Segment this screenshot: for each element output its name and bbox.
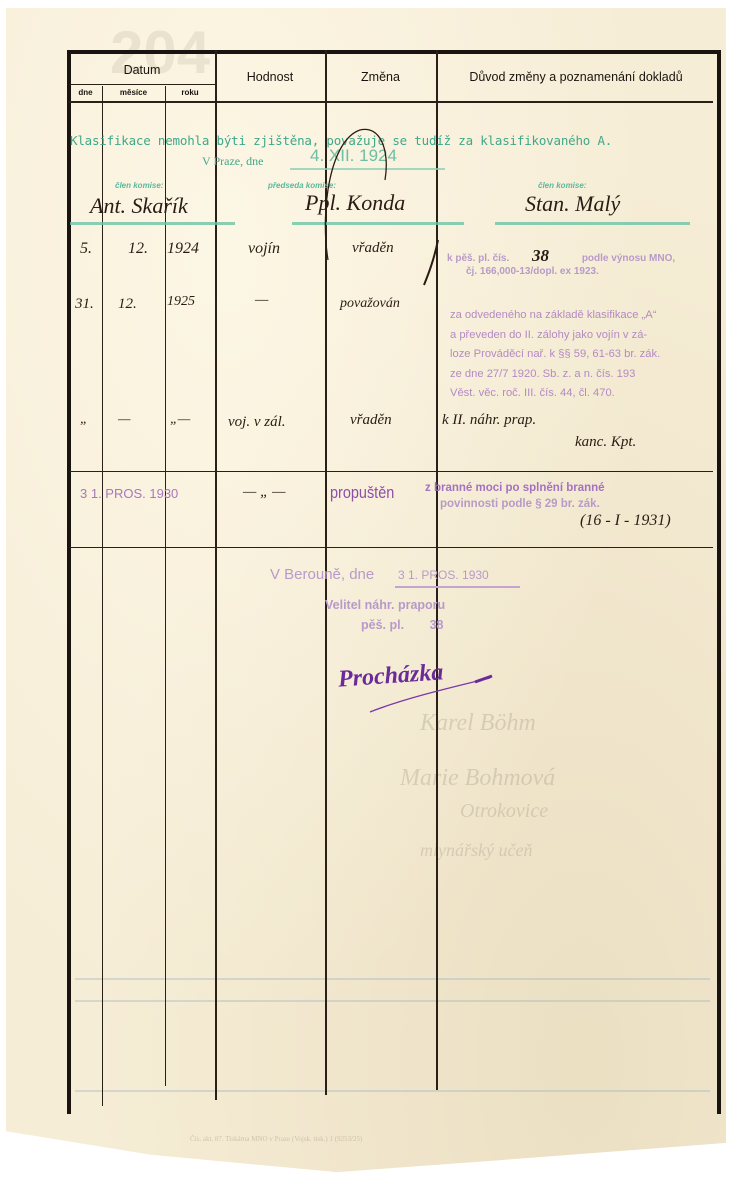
row2-stamp-line: ze dne 27/7 1920. Sb. z. a n. čís. 193 xyxy=(450,365,660,385)
row1-stamp-number: 38 xyxy=(532,246,549,265)
header-mesice: měsíce xyxy=(102,88,165,97)
row4-reason-note: (16 - I - 1931) xyxy=(580,512,671,530)
header-datum-divider xyxy=(69,84,215,85)
signature-member-2: Stan. Malý xyxy=(525,191,620,217)
row1-stamp-regiment: k pěš. pl. čís. xyxy=(447,253,509,264)
row2-rank: — xyxy=(255,292,268,309)
row2-stamp-line: a převeden do II. zálohy jako vojín v zá… xyxy=(450,326,660,346)
row4-reason-line2: povinnosti podle § 29 br. zák. xyxy=(440,498,600,510)
row1-change: vřaděn xyxy=(352,240,394,257)
row2-stamp: za odvedeného na základě klasifikace „A“… xyxy=(450,306,660,404)
row1-day: 5. xyxy=(80,240,92,258)
row1-stamp-decree: podle výnosu MNO, xyxy=(582,253,675,264)
sig-underline-1 xyxy=(70,222,235,225)
discharge-place: V Berouně, dne xyxy=(270,566,374,583)
discharge-signature-flourish xyxy=(360,670,500,720)
header-hodnost: Hodnost xyxy=(215,70,325,84)
row3-bottom-line xyxy=(69,471,713,472)
row4-change-stamp: propuštěn xyxy=(330,483,394,503)
header-duvod: Důvod změny a poznamenání dokladů xyxy=(440,70,712,84)
row3-month: — xyxy=(118,412,130,428)
classification-place: V Praze, dne xyxy=(202,154,263,169)
row2-stamp-line: za odvedeného na základě klasifikace „A“ xyxy=(450,306,660,326)
row3-year: „— xyxy=(170,412,190,428)
row1-rank: vojín xyxy=(248,240,280,258)
col-divider-mesice xyxy=(165,86,166,1086)
row4-bottom-line xyxy=(69,547,713,548)
pen-stroke xyxy=(320,120,450,290)
discharge-title-2: pěš. pl. 38 xyxy=(361,618,443,632)
header-bottom-line xyxy=(69,101,713,103)
discharge-date: 3 1. PROS. 1930 xyxy=(398,568,489,582)
header-roku: roku xyxy=(165,88,215,97)
row1-month: 12. xyxy=(128,240,148,258)
row1-stamp-line2: čj. 166,000-13/dopl. ex 1923. xyxy=(466,266,599,277)
row4-reason-line1: z branné moci po splnění branné xyxy=(425,482,605,494)
col-divider-roku xyxy=(215,50,217,1100)
header-zmena: Změna xyxy=(325,70,436,84)
sig-label-member-1: člen komise: xyxy=(115,181,163,190)
header-datum: Datum xyxy=(69,63,215,77)
row2-year: 1925 xyxy=(167,294,195,310)
signature-member-1: Ant. Skařík xyxy=(90,193,188,219)
row2-change: považován xyxy=(340,296,400,312)
row2-day: 31. xyxy=(75,296,94,313)
row2-stamp-line: Věst. věc. roč. III. čís. 44, čl. 470. xyxy=(450,384,660,404)
row1-year: 1924 xyxy=(167,240,199,258)
row4-rank: — „ — xyxy=(243,484,286,501)
bleed-footer: Čís. akt. 87. Tiskárna MNO v Praze (Vojs… xyxy=(190,1135,362,1143)
row2-stamp-line: loze Prováděcí nař. k §§ 59, 61-63 br. z… xyxy=(450,345,660,365)
discharge-title-1: Velitel náhr. praporu xyxy=(325,598,445,612)
sig-label-member-2: člen komise: xyxy=(538,181,586,190)
discharge-regiment-number: 38 xyxy=(430,618,444,632)
row3-reason: k II. náhr. prap. xyxy=(442,412,536,429)
row3-change: vřaděn xyxy=(350,412,392,429)
discharge-date-underline xyxy=(395,586,520,588)
row3-day: „ xyxy=(80,412,88,428)
row3-reason-signature: kanc. Kpt. xyxy=(575,434,636,451)
header-dne: dne xyxy=(69,88,102,97)
row2-month: 12. xyxy=(118,296,137,313)
discharge-regiment: pěš. pl. xyxy=(361,618,404,632)
row3-rank: voj. v zál. xyxy=(228,414,286,431)
row1-stamp-line1: k pěš. pl. čís. 38 podle výnosu MNO, xyxy=(447,246,675,266)
sig-underline-3 xyxy=(495,222,690,225)
col-divider-dne xyxy=(102,86,103,1106)
row4-date-stamp: 3 1. PROS. 1930 xyxy=(80,486,178,501)
